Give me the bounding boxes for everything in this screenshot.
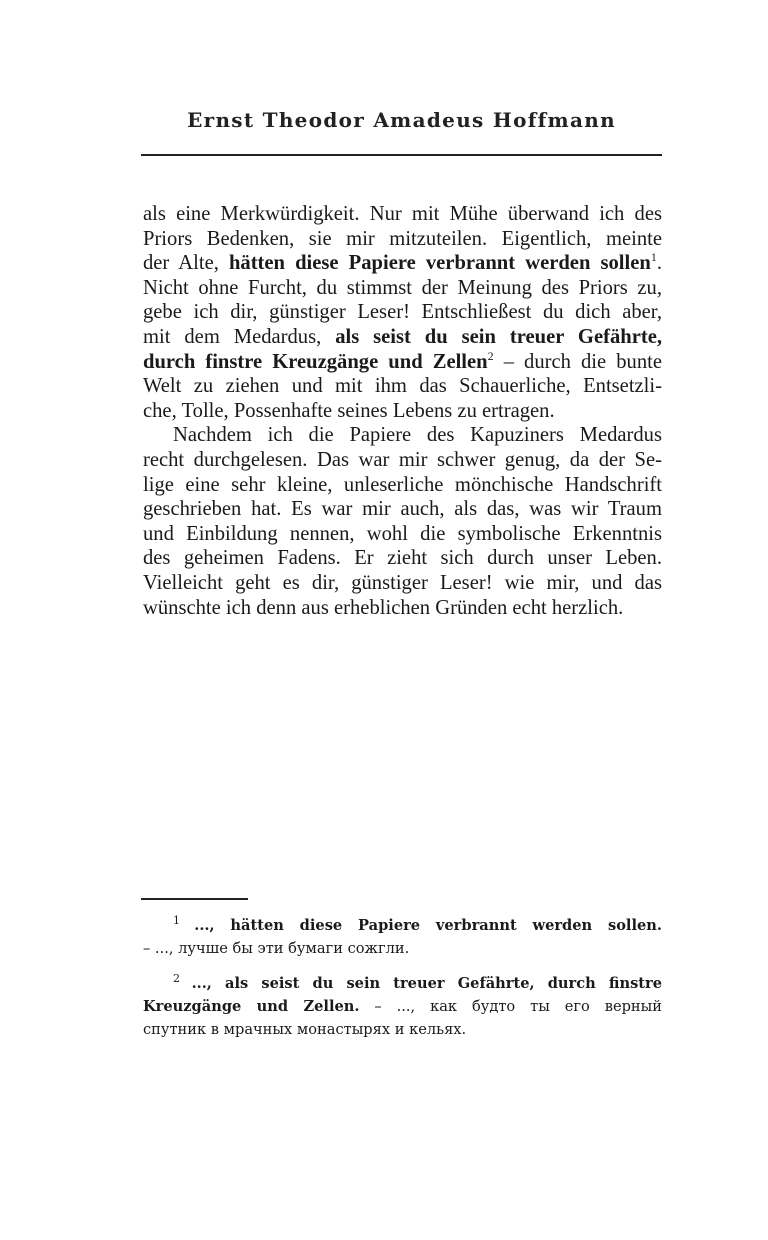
text-run: Vielleicht geht es dir, günstiger Leser!… xyxy=(143,572,662,594)
footnote: 2 ..., als seist du sein treuer Gefährte… xyxy=(143,972,662,1041)
text-line: gebe ich dir, günstiger Leser! Entschlie… xyxy=(143,300,662,325)
text-run: Nicht ohne Furcht, du stimmst der Meinun… xyxy=(143,277,662,299)
bold-quote: Kreuzgänge und Zellen. xyxy=(143,998,359,1015)
text-line: und Einbildung nennen, wohl die symbolis… xyxy=(143,522,662,547)
text-line: geschrieben hat. Es war mir auch, als da… xyxy=(143,497,662,522)
paragraph: Nachdem ich die Papiere des Kapuziners M… xyxy=(143,423,662,620)
footnote-number: 2 xyxy=(143,972,192,985)
footnote-line: спутник в мрачных монастырях и кельях. xyxy=(143,1018,662,1041)
footnote-number: 1 xyxy=(143,914,194,927)
footnote: 1 ..., hätten diese Papiere verbrannt we… xyxy=(143,914,662,960)
text-run: Welt zu ziehen und mit ihm das Schauerli… xyxy=(143,375,662,397)
footnote-line: 1 ..., hätten diese Papiere verbrannt we… xyxy=(143,914,662,937)
text-line: durch finstre Kreuzgänge und Zellen2 – d… xyxy=(143,350,662,375)
text-run: und Einbildung nennen, wohl die symbolis… xyxy=(143,523,662,545)
text-run: mit dem Medardus, xyxy=(143,326,335,348)
bold-quote: ..., als seist du sein treuer Gefährte, … xyxy=(192,975,662,992)
text-run: wünschte ich denn aus erheblichen Gründe… xyxy=(143,597,623,619)
text-run: der Alte, xyxy=(143,252,229,274)
text-run: – durch die bunte xyxy=(494,351,662,373)
footnote-separator-rule xyxy=(141,898,248,900)
text-line: der Alte, hätten diese Papiere verbrannt… xyxy=(143,251,662,276)
footnotes: 1 ..., hätten diese Papiere verbrannt we… xyxy=(143,914,662,1053)
text-run: des geheimen Fadens. Er zieht sich durch… xyxy=(143,547,662,569)
bold-quote: hätten diese Papiere verbrannt werden so… xyxy=(229,252,651,274)
header-rule xyxy=(141,154,662,156)
bold-quote: ..., hätten diese Papiere verbrannt werd… xyxy=(194,917,662,934)
text-line: Priors Bedenken, sie mir mitzuteilen. Ei… xyxy=(143,227,662,252)
text-run: als eine Merkwürdigkeit. Nur mit Mühe üb… xyxy=(143,203,662,225)
text-run: Priors Bedenken, sie mir mitzuteilen. Ei… xyxy=(143,228,662,250)
text-line: lige eine sehr kleine, unleserliche mönc… xyxy=(143,473,662,498)
paragraph: als eine Merkwürdigkeit. Nur mit Mühe üb… xyxy=(143,202,662,423)
text-run: lige eine sehr kleine, unleserliche mönc… xyxy=(143,474,662,496)
text-line: Nachdem ich die Papiere des Kapuziners M… xyxy=(143,423,662,448)
text-run: geschrieben hat. Es war mir auch, als da… xyxy=(143,498,662,520)
footnote-line: 2 ..., als seist du sein treuer Gefährte… xyxy=(143,972,662,995)
bold-quote: als seist du sein treuer Gefährte, xyxy=(335,326,662,348)
text-line: Welt zu ziehen und mit ihm das Schauerli… xyxy=(143,374,662,399)
text-run: recht durchgelesen. Das war mir schwer g… xyxy=(143,449,662,471)
bold-quote: durch finstre Kreuzgänge und Zellen xyxy=(143,351,488,373)
text-line: recht durchgelesen. Das war mir schwer g… xyxy=(143,448,662,473)
text-line: Nicht ohne Furcht, du stimmst der Meinun… xyxy=(143,276,662,301)
text-run: спутник в мрачных монастырях и кельях. xyxy=(143,1021,466,1038)
text-run: gebe ich dir, günstiger Leser! Entschlie… xyxy=(143,301,662,323)
text-run: . xyxy=(657,252,662,274)
text-line: che, Tolle, Possenhafte seines Lebens zu… xyxy=(143,399,662,424)
text-run: – ..., лучше бы эти бумаги сожгли. xyxy=(143,940,409,957)
footnote-line: Kreuzgänge und Zellen. – ..., как будто … xyxy=(143,995,662,1018)
text-run: – ..., как будто ты его верный xyxy=(359,998,662,1015)
text-line: als eine Merkwürdigkeit. Nur mit Mühe üb… xyxy=(143,202,662,227)
text-run: Nachdem ich die Papiere des Kapuziners M… xyxy=(173,424,662,446)
running-head-author: Ernst Theodor Amadeus Hoffmann xyxy=(141,108,662,132)
book-page: Ernst Theodor Amadeus Hoffmann als eine … xyxy=(0,0,768,1240)
main-text: als eine Merkwürdigkeit. Nur mit Mühe üb… xyxy=(143,202,662,620)
text-line: wünschte ich denn aus erheblichen Gründe… xyxy=(143,596,662,621)
text-line: des geheimen Fadens. Er zieht sich durch… xyxy=(143,546,662,571)
text-line: mit dem Medardus, als seist du sein treu… xyxy=(143,325,662,350)
footnote-line: – ..., лучше бы эти бумаги сожгли. xyxy=(143,937,662,960)
text-line: Vielleicht geht es dir, günstiger Leser!… xyxy=(143,571,662,596)
text-run: che, Tolle, Possenhafte seines Lebens zu… xyxy=(143,400,555,422)
